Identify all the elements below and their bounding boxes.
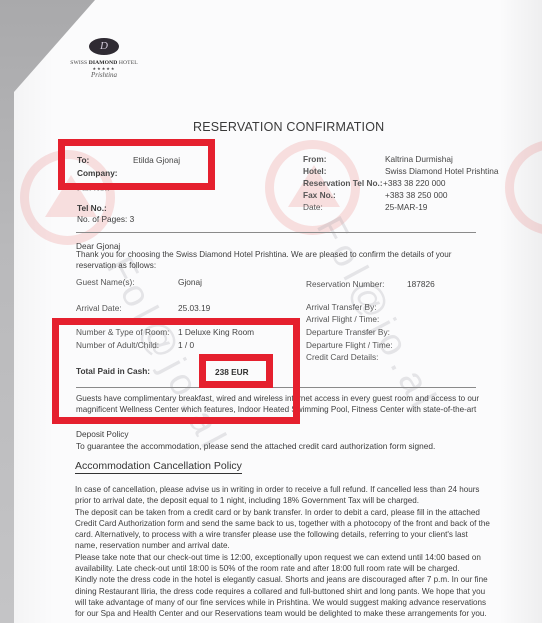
hotel-label: Hotel: <box>303 166 327 176</box>
reservation-number-label: Reservation Number: <box>306 279 384 289</box>
highlight-box-total <box>199 354 273 388</box>
deposit-heading: Deposit Policy <box>76 429 129 439</box>
fax-no-label: Fax No.: <box>303 190 336 200</box>
hotel-value: Swiss Diamond Hotel Prishtina <box>385 166 498 176</box>
arrival-date-value: 25.03.19 <box>178 303 210 313</box>
cancellation-heading: Accommodation Cancellation Policy <box>75 460 242 474</box>
date-value: 25-MAR-19 <box>385 202 427 212</box>
hotel-logo-city: Prishtina <box>63 71 145 79</box>
departure-flight-label: Departure Flight / Time: <box>306 340 393 350</box>
reservation-number-value: 187826 <box>407 279 435 289</box>
pages-label: No. of Pages: 3 <box>77 214 134 224</box>
departure-transfer-label: Departure Transfer By: <box>306 327 390 337</box>
document-title: RESERVATION CONFIRMATION <box>193 120 384 134</box>
deposit-text: To guarantee the accommodation, please s… <box>76 441 435 451</box>
res-tel-value: +383 38 220 000 <box>383 178 446 188</box>
hotel-logo: D SWISS DIAMOND HOTEL ★★★★★ Prishtina <box>63 38 145 79</box>
arrival-transfer-label: Arrival Transfer By: <box>306 302 377 312</box>
cancellation-text: In case of cancellation, please advise u… <box>75 484 535 620</box>
fax-no-value: +383 38 250 000 <box>385 190 448 200</box>
hotel-monogram-oval-icon: D <box>89 38 119 55</box>
tel-label: Tel No.: <box>77 203 107 213</box>
from-value: Kaltrina Durmishaj <box>385 154 453 164</box>
intro-text: Thank you for choosing the Swiss Diamond… <box>76 250 476 271</box>
guest-name-label: Guest Name(s): <box>76 277 135 287</box>
credit-card-label: Credit Card Details: <box>306 352 378 362</box>
res-tel-label: Reservation Tel No.: <box>303 178 383 188</box>
arrival-date-label: Arrival Date: <box>76 303 122 313</box>
from-label: From: <box>303 154 327 164</box>
guest-name-value: Gjonaj <box>178 277 202 287</box>
highlight-box-recipient <box>58 139 215 190</box>
arrival-flight-label: Arrival Flight / Time: <box>306 314 379 324</box>
date-label: Date: <box>303 202 323 212</box>
divider <box>76 232 476 233</box>
